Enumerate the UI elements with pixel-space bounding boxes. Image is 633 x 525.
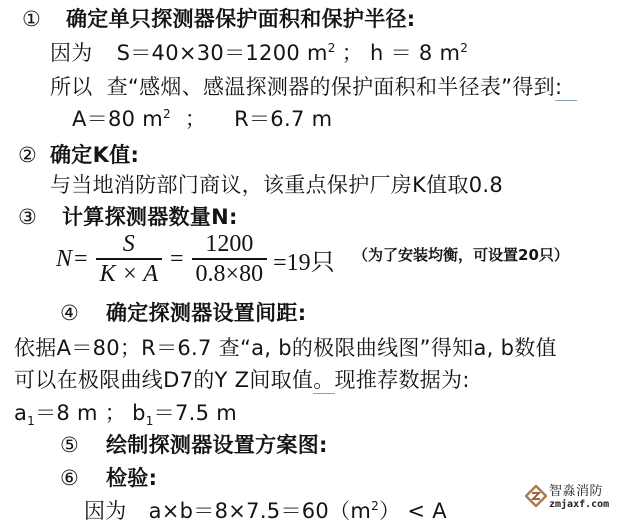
step-3-number: ③ <box>18 204 50 230</box>
step-1-line-2: 所以查“感烟、感温探测器的保护面积和半径表”得到: <box>50 74 577 101</box>
step-1-title: 确定单只探测器保护面积和保护半径: <box>66 7 416 31</box>
check-formula: a×b＝8×7.5＝60（m <box>149 499 372 523</box>
because-label: 因为 <box>84 499 127 523</box>
formula-result: =19只 <box>273 242 335 277</box>
watermark-url: zmjaxf.com <box>549 498 609 511</box>
underlined-colon: : <box>555 74 577 101</box>
fraction-symbolic: S K × A <box>96 230 162 288</box>
step-4-heading: ④确定探测器设置间距: <box>60 300 306 326</box>
therefore-label: 所以 <box>50 75 93 99</box>
superscript: 2 <box>163 107 171 121</box>
numerator-1200: 1200 <box>201 230 257 258</box>
numerator-s: S <box>119 230 139 258</box>
b-label: b <box>132 401 146 425</box>
radius-result: ； R＝6.7 m <box>171 107 332 131</box>
step-4-title: 确定探测器设置间距: <box>106 301 306 325</box>
step-1-number: ① <box>22 6 54 32</box>
step-5-heading: ⑤绘制探测器设置方案图: <box>60 432 328 458</box>
lookup-text: 查“感烟、感温探测器的保护面积和半径表”得到 <box>107 75 555 99</box>
denominator-ka: K × A <box>96 260 162 288</box>
step-5-title: 绘制探测器设置方案图: <box>106 433 328 457</box>
a-value: ＝8 m ； <box>35 401 126 425</box>
equals-sign: = <box>74 246 88 273</box>
step-6-heading: ⑥检验: <box>60 465 157 491</box>
area-formula: S＝40×30＝1200 m <box>117 41 328 65</box>
step-3-title: 计算探测器数量N: <box>62 205 238 229</box>
step-6-number: ⑥ <box>60 465 92 491</box>
curve-range-text: 可以在极限曲线D7的Y Z间取值 <box>14 368 313 392</box>
step-3-heading: ③计算探测器数量N: <box>18 204 238 230</box>
equals-sign: = <box>170 246 184 273</box>
check-result: ） < A <box>379 499 447 523</box>
step-6-line-1: 因为a×b＝8×7.5＝60（m2） < A <box>84 498 447 524</box>
step-2-line-1: 与当地消防部门商议，该重点保护厂房K值取0.8 <box>50 172 503 198</box>
step-6-title: 检验: <box>106 466 157 490</box>
step-4-line-2: 可以在极限曲线D7的Y Z间取值。现推荐数据为: <box>14 367 470 394</box>
spacing-basis-text: 依据A＝80；R＝6.7 查“a, b的极限曲线图”得知a, b数值 <box>14 336 557 360</box>
underlined-period: 。 <box>313 367 334 394</box>
subscript: 1 <box>146 414 154 428</box>
denominator-numeric: 0.8×80 <box>192 260 268 288</box>
step-4-number: ④ <box>60 300 92 326</box>
watermark-name: 智淼消防 <box>549 485 609 498</box>
fraction-numeric: 1200 0.8×80 <box>192 230 268 288</box>
install-note: （为了安装均衡，可设置20只） <box>353 244 569 265</box>
step-1-line-1: 因为S＝40×30＝1200 m2； h ＝ 8 m2 <box>50 40 468 66</box>
recommend-text: 现推荐数据为: <box>335 368 470 392</box>
watermark-logo: 智淼消防 zmjaxf.com <box>525 485 609 511</box>
step-4-line-1: 依据A＝80；R＝6.7 查“a, b的极限曲线图”得知a, b数值 <box>14 335 557 361</box>
step-4-line-3: a1＝8 m ；b1＝7.5 m <box>14 400 237 426</box>
b-value: ＝7.5 m <box>154 401 237 425</box>
area-result: A＝80 m <box>72 107 163 131</box>
because-label: 因为 <box>50 41 93 65</box>
step-2-number: ② <box>18 142 46 168</box>
k-value-text: 与当地消防部门商议，该重点保护厂房K值取0.8 <box>50 173 503 197</box>
subscript: 1 <box>27 414 35 428</box>
step-1-heading: ①确定单只探测器保护面积和保护半径: <box>22 6 416 32</box>
a-label: a <box>14 401 27 425</box>
step-1-line-3: A＝80 m2 ； R＝6.7 m <box>72 106 332 132</box>
detector-count-formula: N = S K × A = 1200 0.8×80 =19只 <box>56 228 335 290</box>
step-5-number: ⑤ <box>60 432 92 458</box>
formula-n: N <box>56 246 72 273</box>
step-2-title: 确定K值: <box>50 143 139 167</box>
superscript: 2 <box>460 41 468 55</box>
step-2-heading: ②确定K值: <box>18 142 139 168</box>
superscript: 2 <box>371 499 379 513</box>
diamond-logo-icon <box>525 485 547 511</box>
height-value: ； h ＝ 8 m <box>342 41 461 65</box>
superscript: 2 <box>328 41 336 55</box>
